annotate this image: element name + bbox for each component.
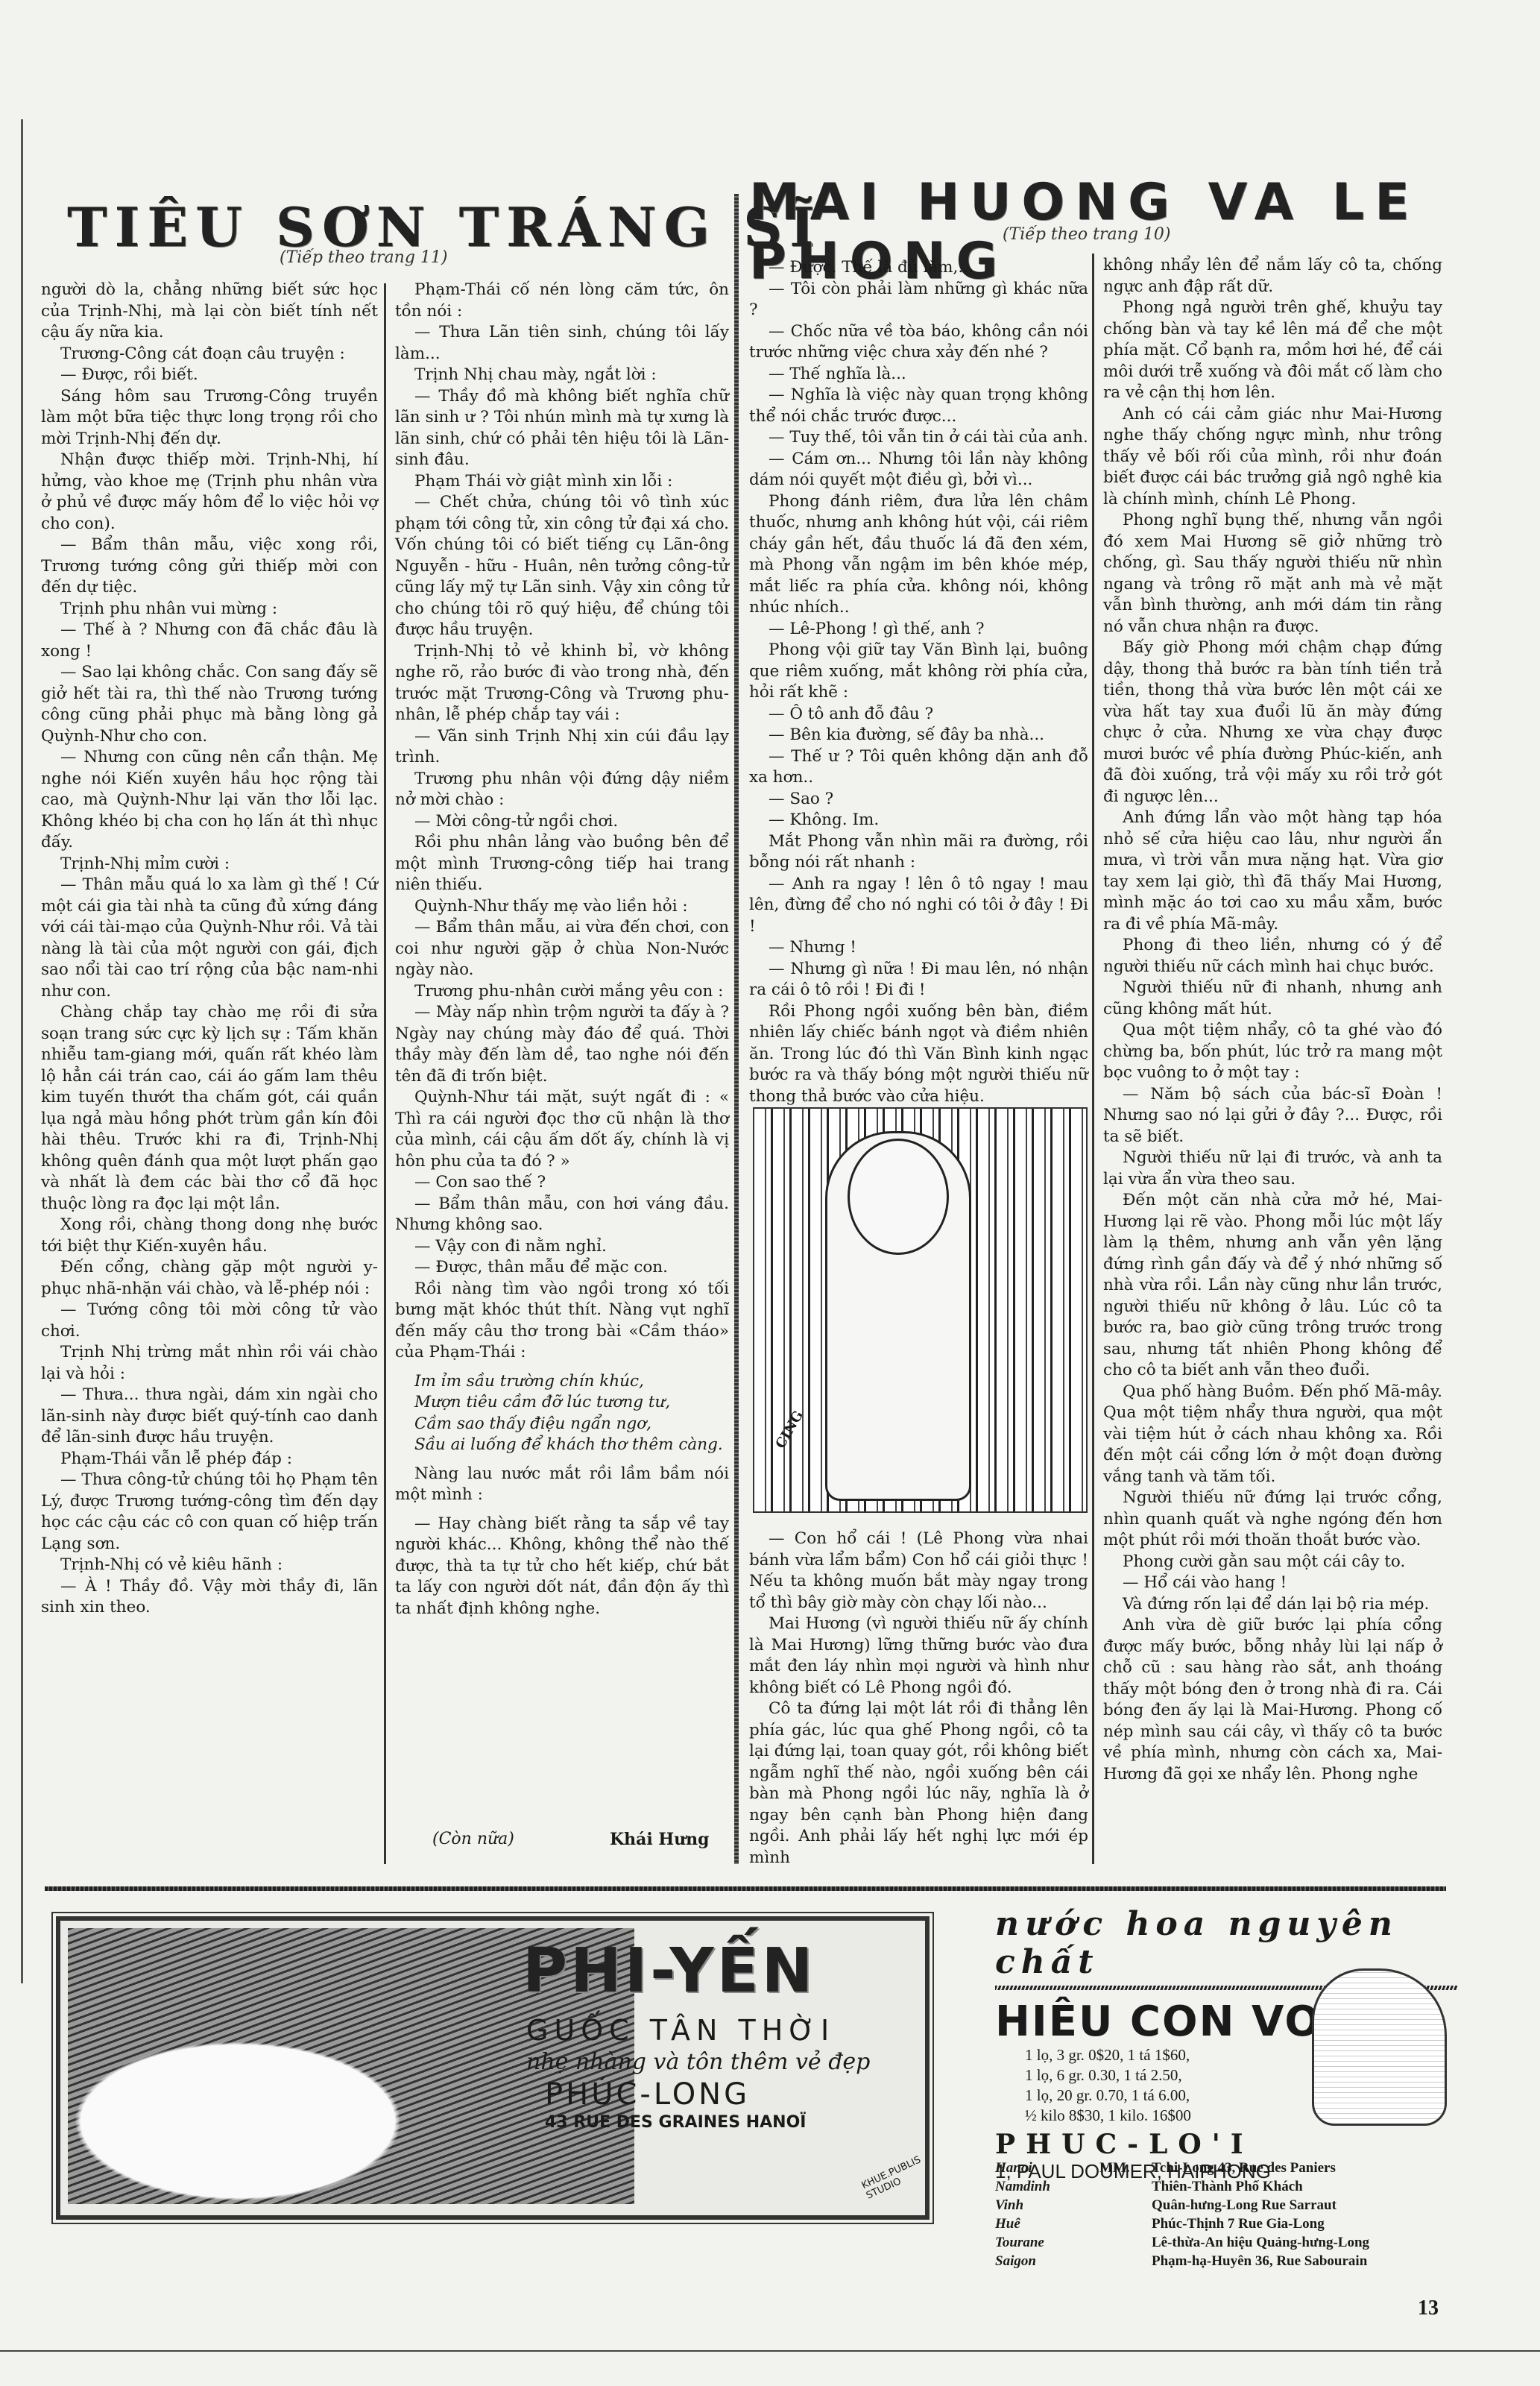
paragraph: — Thế à ? Nhưng con đã chắc đâu là xong … xyxy=(41,620,378,662)
paragraph: Đến một căn nhà cửa mở hé, Mai-Hương lại… xyxy=(1103,1190,1442,1382)
ads-divider xyxy=(45,1886,1446,1891)
paragraph: Anh vừa dè giữ bước lại phía cổng được m… xyxy=(1103,1615,1442,1785)
paragraph: — Năm bộ sách của bác-sĩ Đoàn ! Nhưng sa… xyxy=(1103,1084,1442,1148)
poem-line: Cầm sao thấy điệu ngẩn ngơ, xyxy=(395,1414,729,1435)
paragraph: — Không. Im. xyxy=(749,810,1088,831)
paragraph: — Bẩm thân mẫu, việc xong rồi, Trương tư… xyxy=(41,535,378,599)
paragraph: — Thầy đồ mà không biết nghĩa chữ lãn si… xyxy=(395,386,729,471)
story1-column-1: người dò la, chẳng những biết sức học củ… xyxy=(41,280,378,1619)
column-divider xyxy=(384,283,386,1864)
paragraph: — Nhưng con cũng nên cẩn thận. Mẹ nghe n… xyxy=(41,747,378,854)
poem-line: Sầu ai luống để khách thơ thêm càng. xyxy=(395,1435,729,1456)
paragraph: không nhẩy lên để nắm lấy cô ta, chống n… xyxy=(1103,255,1442,298)
agent-row: HuêPhúc-Thịnh 7 Rue Gia-Long xyxy=(995,2215,1369,2233)
agent-city: Vinh xyxy=(995,2196,1099,2215)
paragraph: — Mời công-tử ngồi chơi. xyxy=(395,811,729,833)
paragraph: — Bẩm thân mẫu, ai vừa đến chơi, con coi… xyxy=(395,917,729,981)
agent-row: VinhQuân-hưng-Long Rue Sarraut xyxy=(995,2196,1369,2215)
column-divider xyxy=(1092,254,1094,1864)
paragraph: — Thế nghĩa là... xyxy=(749,364,1088,385)
agent-city: Hanoi xyxy=(995,2159,1099,2177)
agent-city: Saigon xyxy=(995,2252,1099,2270)
paragraph: Rồi phu nhân lảng vào buồng bên để một m… xyxy=(395,832,729,896)
paragraph: — Hay chàng biết rằng ta sắp về tay ngườ… xyxy=(395,1514,729,1620)
poem-line: Mượn tiêu cầm đỡ lúc tương tư, xyxy=(395,1392,729,1414)
paragraph: Quỳnh-Như thấy mẹ vào liền hỏi : xyxy=(395,896,729,918)
paragraph: — Được, thân mẫu để mặc con. xyxy=(395,1257,729,1279)
agent-shop: Quân-hưng-Long Rue Sarraut xyxy=(1152,2196,1337,2215)
paragraph: — Tướng công tôi mời công tử vào chơi. xyxy=(41,1300,378,1342)
author-signature: Khái Hưng xyxy=(610,1830,710,1849)
story2-column-2: không nhẩy lên để nắm lấy cô ta, chống n… xyxy=(1103,255,1442,1785)
woman-face-drawing xyxy=(848,1139,949,1255)
ad-product: GUỐC TÂN THỜI xyxy=(526,2014,835,2047)
paragraph: Người thiếu nữ đi nhanh, nhưng anh cũng … xyxy=(1103,978,1442,1020)
ad-credit: KHUE.PUBLIS STUDIO xyxy=(860,2154,927,2201)
paragraph: — Lê-Phong ! gì thế, anh ? xyxy=(749,619,1088,640)
paragraph: Phạm-Thái cố nén lòng căm tức, ôn tồn nó… xyxy=(395,280,729,322)
page-edge xyxy=(21,119,23,1983)
paragraph: — Được, rồi biết. xyxy=(41,365,378,386)
paragraph: Mai Hương (vì người thiếu nữ ấy chính là… xyxy=(749,1614,1088,1699)
paragraph: — Con sao thế ? xyxy=(395,1172,729,1194)
paragraph: Anh có cái cảm giác như Mai-Hương nghe t… xyxy=(1103,404,1442,511)
paragraph: — Tuy thế, tôi vẫn tin ở cái tài của anh… xyxy=(749,427,1088,449)
paragraph: — Mày nấp nhìn trộm người ta đấy à ? Ngà… xyxy=(395,1002,729,1087)
paragraph: người dò la, chẳng những biết sức học củ… xyxy=(41,280,378,344)
paragraph: Trịnh-Nhị mỉm cười : xyxy=(41,854,378,875)
paragraph: Trịnh phu nhân vui mừng : xyxy=(41,599,378,620)
paragraph: Nhận được thiếp mời. Trịnh-Nhị, hí hửng,… xyxy=(41,450,378,535)
paragraph: — Nhưng gì nữa ! Đi mau lên, nó nhận ra … xyxy=(749,959,1088,1001)
paragraph: Phạm-Thái vẫn lễ phép đáp : xyxy=(41,1449,378,1470)
paragraph: Bấy giờ Phong mới chậm chạp đứng dậy, th… xyxy=(1103,638,1442,808)
illustrator-signature: CING xyxy=(773,1408,807,1452)
ad-company: PHUC-LO'I xyxy=(995,2129,1457,2160)
agent-shop: Tchi-Long 43, Rue des Paniers xyxy=(1152,2159,1336,2177)
agent-shop: Lê-thừa-An hiệu Quảng-hưng-Long xyxy=(1152,2233,1369,2252)
paragraph: — Thưa Lãn tiên sinh, chúng tôi lấy làm.… xyxy=(395,322,729,365)
paragraph: Trương-Công cát đoạn câu truyện : xyxy=(41,344,378,365)
paragraph: Trịnh Nhị trừng mắt nhìn rồi vái chào lạ… xyxy=(41,1342,378,1385)
agent-city: Namdinh xyxy=(995,2177,1099,2196)
paragraph: — Chốc nữa về tòa báo, không cần nói trư… xyxy=(749,321,1088,364)
paragraph: Phong ngả người trên ghế, khuỷu tay chốn… xyxy=(1103,298,1442,404)
paragraph: Phong nghĩ bụng thế, nhưng vẫn ngồi đó x… xyxy=(1103,510,1442,638)
paragraph: Người thiếu nữ lại đi trước, và anh ta l… xyxy=(1103,1148,1442,1190)
paragraph: Chàng chắp tay chào mẹ rồi đi sửa soạn t… xyxy=(41,1002,378,1215)
agent-shop: Phúc-Thịnh 7 Rue Gia-Long xyxy=(1152,2215,1325,2233)
paragraph: Nàng lau nước mắt rồi lầm bầm nói một mì… xyxy=(395,1464,729,1506)
paragraph: Rồi nàng tìm vào ngồi trong xó tối bưng … xyxy=(395,1279,729,1364)
paragraph: — Vãn sinh Trịnh Nhị xin cúi đầu lạy trì… xyxy=(395,726,729,769)
story1-continued: (Tiếp theo trang 11) xyxy=(280,248,447,267)
paragraph: — Vậy con đi nằm nghỉ. xyxy=(395,1236,729,1258)
paragraph: — Thưa... thưa ngài, dám xin ngài cho lã… xyxy=(41,1385,378,1449)
agent-city: Tourane xyxy=(995,2233,1099,2252)
agents-prefix: MM. xyxy=(1099,2159,1152,2177)
advertisement-phi-yen: PHI-YẾN GUỐC TÂN THỜI nhẹ nhàng và tôn t… xyxy=(56,1916,930,2220)
agent-row: NamdinhThiên-Thành Phố Khách xyxy=(995,2177,1369,2196)
ad-brand: PHI-YẾN xyxy=(523,1936,815,2006)
paragraph: — Sao lại không chắc. Con sang đấy sẽ gi… xyxy=(41,662,378,747)
paragraph: Người thiếu nữ đứng lại trước cổng, nhìn… xyxy=(1103,1488,1442,1552)
paragraph: — Chết chửa, chúng tôi vô tình xúc phạm … xyxy=(395,492,729,641)
paragraph: — Thân mẫu quá lo xa làm gì thế ! Cứ một… xyxy=(41,875,378,1002)
paragraph: — Cám ơn... Nhưng tôi lần này không dám … xyxy=(749,449,1088,491)
page-number: 13 xyxy=(1418,2297,1439,2320)
paragraph: — Hổ cái vào hang ! xyxy=(1103,1573,1442,1594)
paragraph: — Nhưng ! xyxy=(749,937,1088,959)
paragraph: Qua một tiệm nhẩy, cô ta ghé vào đó chừn… xyxy=(1103,1020,1442,1084)
paragraph: Phong đánh riêm, đưa lửa lên châm thuốc,… xyxy=(749,491,1088,619)
paragraph: — Được. Thế là đủ lắm,... xyxy=(749,257,1088,279)
agent-row: SaigonPhạm-hạ-Huyên 36, Rue Sabourain xyxy=(995,2252,1369,2270)
paragraph: — Ô tô anh đỗ đâu ? xyxy=(749,704,1088,725)
agent-shop: Thiên-Thành Phố Khách xyxy=(1152,2177,1303,2196)
elephant-icon xyxy=(1312,1968,1447,2126)
agents-list: HanoiMM.Tchi-Long 43, Rue des Paniers Na… xyxy=(995,2159,1369,2270)
paragraph: Quỳnh-Như tái mặt, suýt ngất đi : « Thì … xyxy=(395,1087,729,1172)
story2-continued: (Tiếp theo trang 10) xyxy=(1003,225,1170,244)
paragraph: Và đứng rốn lại để dán lại bộ ria mép. xyxy=(1103,1594,1442,1616)
paragraph: Anh đứng lẩn vào một hàng tạp hóa nhỏ sế… xyxy=(1103,808,1442,935)
paragraph: Xong rồi, chàng thong dong nhẹ bước tới … xyxy=(41,1215,378,1257)
paragraph: Trịnh-Nhị tỏ vẻ khinh bỉ, vờ không nghe … xyxy=(395,641,729,726)
paragraph: — Thưa công-tử chúng tôi họ Phạm tên Lý,… xyxy=(41,1470,378,1555)
agent-shop: Phạm-hạ-Huyên 36, Rue Sabourain xyxy=(1152,2252,1367,2270)
bottom-rule xyxy=(0,2350,1540,2352)
paragraph: — Thế ư ? Tôi quên không dặn anh đỗ xa h… xyxy=(749,746,1088,789)
paragraph: — Bên kia đường, sế đây ba nhà... xyxy=(749,725,1088,746)
paragraph: — Nghĩa là việc này quan trọng không thể… xyxy=(749,385,1088,427)
story1-column-2: Phạm-Thái cố nén lòng căm tức, ôn tồn nó… xyxy=(395,280,729,1619)
to-be-continued: (Còn nữa) xyxy=(432,1830,514,1848)
story2-column-1: — Được. Thế là đủ lắm,... — Tôi còn phải… xyxy=(749,257,1088,1107)
paragraph: Trịnh Nhị chau mày, ngắt lời : xyxy=(395,365,729,386)
paragraph: Rồi Phong ngồi xuống bên bàn, điềm nhiên… xyxy=(749,1001,1088,1108)
paragraph: Sáng hôm sau Trương-Công truyền làm một … xyxy=(41,386,378,450)
paragraph: Đến cổng, chàng gặp một người y-phục nhã… xyxy=(41,1257,378,1300)
agent-row: HanoiMM.Tchi-Long 43, Rue des Paniers xyxy=(995,2159,1369,2177)
paragraph: — Sao ? xyxy=(749,789,1088,810)
paragraph: — Tôi còn phải làm những gì khác nữa ? xyxy=(749,279,1088,321)
paragraph: — Anh ra ngay ! lên ô tô ngay ! mau lên,… xyxy=(749,874,1088,938)
paragraph: Cô ta đứng lại một lát rồi đi thẳng lên … xyxy=(749,1699,1088,1869)
story-illustration: CING xyxy=(753,1107,1088,1513)
story-divider xyxy=(734,194,739,1864)
story2-column-1-continued: — Con hổ cái ! (Lê Phong vừa nhai bánh v… xyxy=(749,1529,1088,1869)
paragraph: Trương phu nhân vội đứng dậy niềm nở mời… xyxy=(395,769,729,811)
paragraph: Phạm Thái vờ giật mình xin lỗi : xyxy=(395,471,729,493)
ad-slogan: nhẹ nhàng và tôn thêm vẻ đẹp xyxy=(526,2049,870,2075)
paragraph: Phong vội giữ tay Văn Bình lại, buông qu… xyxy=(749,640,1088,704)
poem-line: Im ỉm sầu trường chín khúc, xyxy=(395,1371,729,1393)
ad-shop: PHÚC-LONG xyxy=(545,2077,750,2112)
paragraph: Mắt Phong vẫn nhìn mãi ra đường, rồi bỗn… xyxy=(749,831,1088,874)
paragraph: Trịnh-Nhị có vẻ kiêu hãnh : xyxy=(41,1555,378,1576)
agent-row: TouraneLê-thừa-An hiệu Quảng-hưng-Long xyxy=(995,2233,1369,2252)
paragraph: Qua phố hàng Buồm. Đến phố Mã-mây. Qua m… xyxy=(1103,1382,1442,1488)
ad-address: 43 RUE DES GRAINES HANOÏ xyxy=(545,2113,806,2132)
agent-city: Huê xyxy=(995,2215,1099,2233)
paragraph: — Bẩm thân mẫu, con hơi váng đầu. Nhưng … xyxy=(395,1194,729,1236)
paragraph: Trương phu-nhân cười mắng yêu con : xyxy=(395,981,729,1003)
paragraph: Phong cười gằn sau một cái cây to. xyxy=(1103,1552,1442,1573)
paragraph: — Con hổ cái ! (Lê Phong vừa nhai bánh v… xyxy=(749,1529,1088,1614)
paragraph: Phong đi theo liền, nhưng có ý để người … xyxy=(1103,935,1442,978)
paragraph: — À ! Thầy đồ. Vậy mời thầy đi, lãn sinh… xyxy=(41,1576,378,1619)
